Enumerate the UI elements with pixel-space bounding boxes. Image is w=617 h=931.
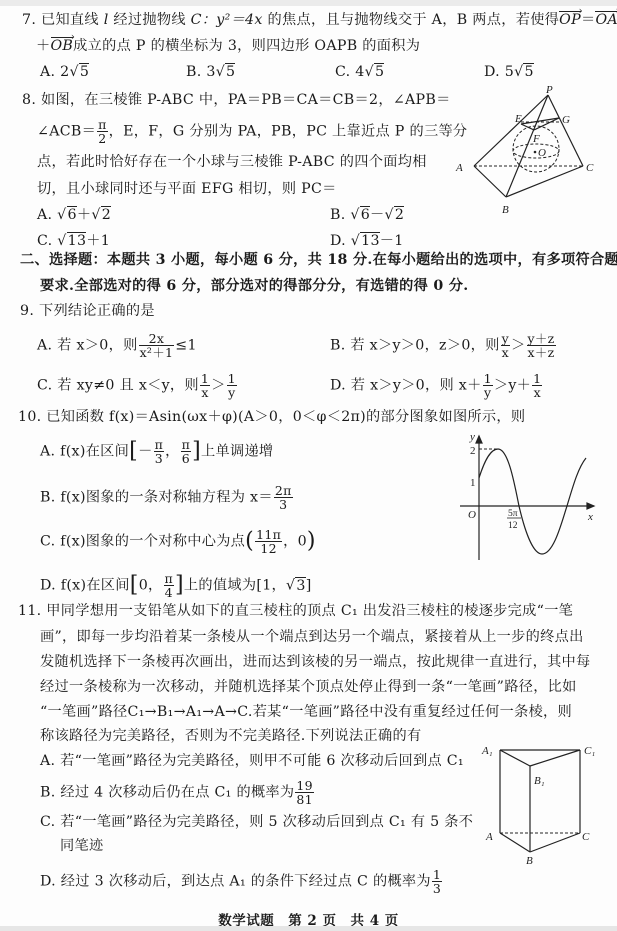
q8-stem-line4: 切，且小球同时还与平面 EFG 相切，则 PC＝ — [37, 179, 337, 199]
y-axis-label: y — [469, 431, 475, 443]
q11-option-c-line2: 同笔迹 — [60, 836, 103, 856]
q11-option-d: D. 经过 3 次移动后，到达点 A₁ 的条件下经过点 C 的概率为13 — [40, 868, 443, 895]
q9-option-a: A. 若 x＞0，则2xx²＋1≤1 — [37, 332, 197, 359]
vector-ob: OB — [51, 38, 74, 54]
tetrahedron-figure: P E G F O A B C — [446, 84, 616, 219]
q11-stem-line5: “一笔画”路径C₁→B₁→A₁→A→C.若某“一笔画”路径中没有重复经过任何一条… — [40, 702, 572, 722]
y-tick-2: 2 — [470, 445, 476, 457]
q7-text: 经过抛物线 — [109, 12, 191, 28]
q7-number: 7. — [22, 12, 36, 28]
q7-text: 的焦点，且与抛物线交于 A，B 两点，若使得 — [263, 12, 559, 28]
label-f: F — [532, 133, 540, 145]
vector-oa: OA — [595, 12, 617, 28]
origin-label: O — [468, 509, 476, 521]
label-c: C — [582, 831, 590, 843]
x-tick-denominator: 12 — [508, 521, 518, 531]
q9-option-d: D. 若 x＞y＞0，则 x＋1y＞y＋1x — [330, 372, 543, 399]
q8-option-b: B. √6－√2 — [330, 205, 404, 225]
q8-stem-line2: ∠ACB＝π2，E，F，G 分别为 PA，PB，PC 上靠近点 P 的三等分 — [37, 118, 467, 145]
q10-stem: 10. 已知函数 f(x)＝Asin(ωx＋φ)(A＞0，0＜φ＜2π)的部分图… — [18, 407, 525, 427]
q7-parabola-eq: C：y²＝4x — [191, 12, 263, 28]
q10-option-a: A. f(x)在区间[－π3，π6]上单调递增 — [40, 438, 273, 465]
q7-text: 成立的点 P 的横坐标为 3，则四边形 OAPB 的面积为 — [73, 38, 420, 54]
label-a1: A₁ — [481, 745, 493, 757]
q7-option-d: D. 5√5 — [484, 62, 534, 82]
fraction: π2 — [97, 118, 108, 145]
label-c1: C₁ — [584, 745, 595, 757]
triangular-prism-figure: A₁ C₁ B₁ A B C — [476, 736, 611, 871]
section-2-header-line2: 要求.全部选对的得 6 分，部分选对的得部分分，有选错的得 0 分. — [40, 276, 468, 296]
label-a: A — [455, 162, 463, 174]
sine-graph-figure: y 2 1 O x 5π 12 — [446, 426, 606, 566]
label-o: O — [538, 147, 546, 159]
label-a: A — [485, 831, 493, 843]
label-b1: B₁ — [534, 775, 545, 787]
q10-option-b: B. f(x)图象的一条对称轴方程为 x＝2π3 — [40, 484, 294, 511]
exam-page: 7. 已知直线 l 经过抛物线 C：y²＝4x 的焦点，且与抛物线交于 A，B … — [0, 6, 617, 926]
section-2-header-line1: 二、选择题：本题共 3 小题，每小题 6 分，共 18 分.在每小题给出的选项中… — [20, 250, 617, 270]
q7-eq: ＝ — [581, 12, 596, 28]
q7-stem-line1: 7. 已知直线 l 经过抛物线 C：y²＝4x 的焦点，且与抛物线交于 A，B … — [22, 10, 617, 30]
q10-option-c: C. f(x)图象的一个对称中心为点(11π12，0) — [40, 528, 316, 555]
x-tick-numerator: 5π — [508, 509, 518, 519]
q8-option-a: A. √6＋√2 — [37, 205, 111, 225]
q11-stem-line1: 11. 甲同学想用一支铅笔从如下的直三棱柱的顶点 C₁ 出发沿三棱柱的棱逐步完成… — [18, 601, 573, 621]
bottom-border — [0, 926, 617, 931]
q9-option-c: C. 若 xy≠0 且 x＜y，则1x＞1y — [37, 372, 238, 399]
label-b: B — [502, 204, 509, 216]
q9-option-b: B. 若 x＞y＞0，z＞0，则yx＞y＋zx＋z — [330, 332, 557, 359]
label-c: C — [586, 162, 594, 174]
q11-option-a: A. 若“一笔画”路径为完美路径，则甲不可能 6 次移动后回到点 C₁ — [40, 751, 464, 771]
label-g: G — [562, 114, 570, 126]
q8-stem-line3: 点，若此时恰好存在一个小球与三棱锥 P-ABC 的四个面均相 — [37, 152, 427, 172]
q11-stem-line2: 画”，即每一步均沿着某一条棱从一个端点到达另一个端点，紧接着从上一步的终点出 — [40, 627, 584, 647]
label-b: B — [526, 855, 533, 867]
q8-stem-line1: 8. 如图，在三棱锥 P-ABC 中，PA＝PB＝CA＝CB＝2，∠APB＝ — [22, 90, 451, 110]
q7-plus: ＋ — [36, 38, 51, 54]
q8-option-d: D. √13－1 — [330, 231, 404, 251]
q8-option-c: C. √13＋1 — [37, 231, 110, 251]
vector-op: OP — [559, 12, 581, 28]
q11-stem-line4: 经过一条棱称为一次移动，并随机选择某个顶点处停止得到一条“一笔画”路径，比如 — [40, 677, 577, 697]
q11-option-c: C. 若“一笔画”路径为完美路径，则 5 次移动后回到点 C₁ 有 5 条不 — [40, 812, 473, 832]
q11-stem-line6: 称该路径为完美路径，否则为不完美路径.下列说法正确的有 — [40, 726, 422, 746]
q7-option-a: A. 2√5 — [40, 62, 89, 82]
q9-stem: 9. 下列结论正确的是 — [20, 301, 155, 321]
q7-stem-line2: ＋OB成立的点 P 的横坐标为 3，则四边形 OAPB 的面积为 — [36, 36, 420, 56]
x-axis-label: x — [587, 511, 593, 523]
q7-option-b: B. 3√5 — [186, 62, 235, 82]
q7-option-c: C. 4√5 — [335, 62, 384, 82]
q10-option-d: D. f(x)在区间[0，π4]上的值域为[1，√3] — [40, 572, 312, 599]
q11-stem-line3: 发随机选择下一条棱再次画出，进而达到该棱的另一端点，按此规律一直进行，其中每 — [40, 652, 591, 672]
q7-text: 已知直线 — [41, 12, 104, 28]
y-tick-1: 1 — [470, 477, 476, 489]
label-e: E — [514, 113, 522, 125]
q11-option-b: B. 经过 4 次移动后仍在点 C₁ 的概率为1981 — [40, 779, 315, 806]
label-p: P — [545, 84, 553, 96]
